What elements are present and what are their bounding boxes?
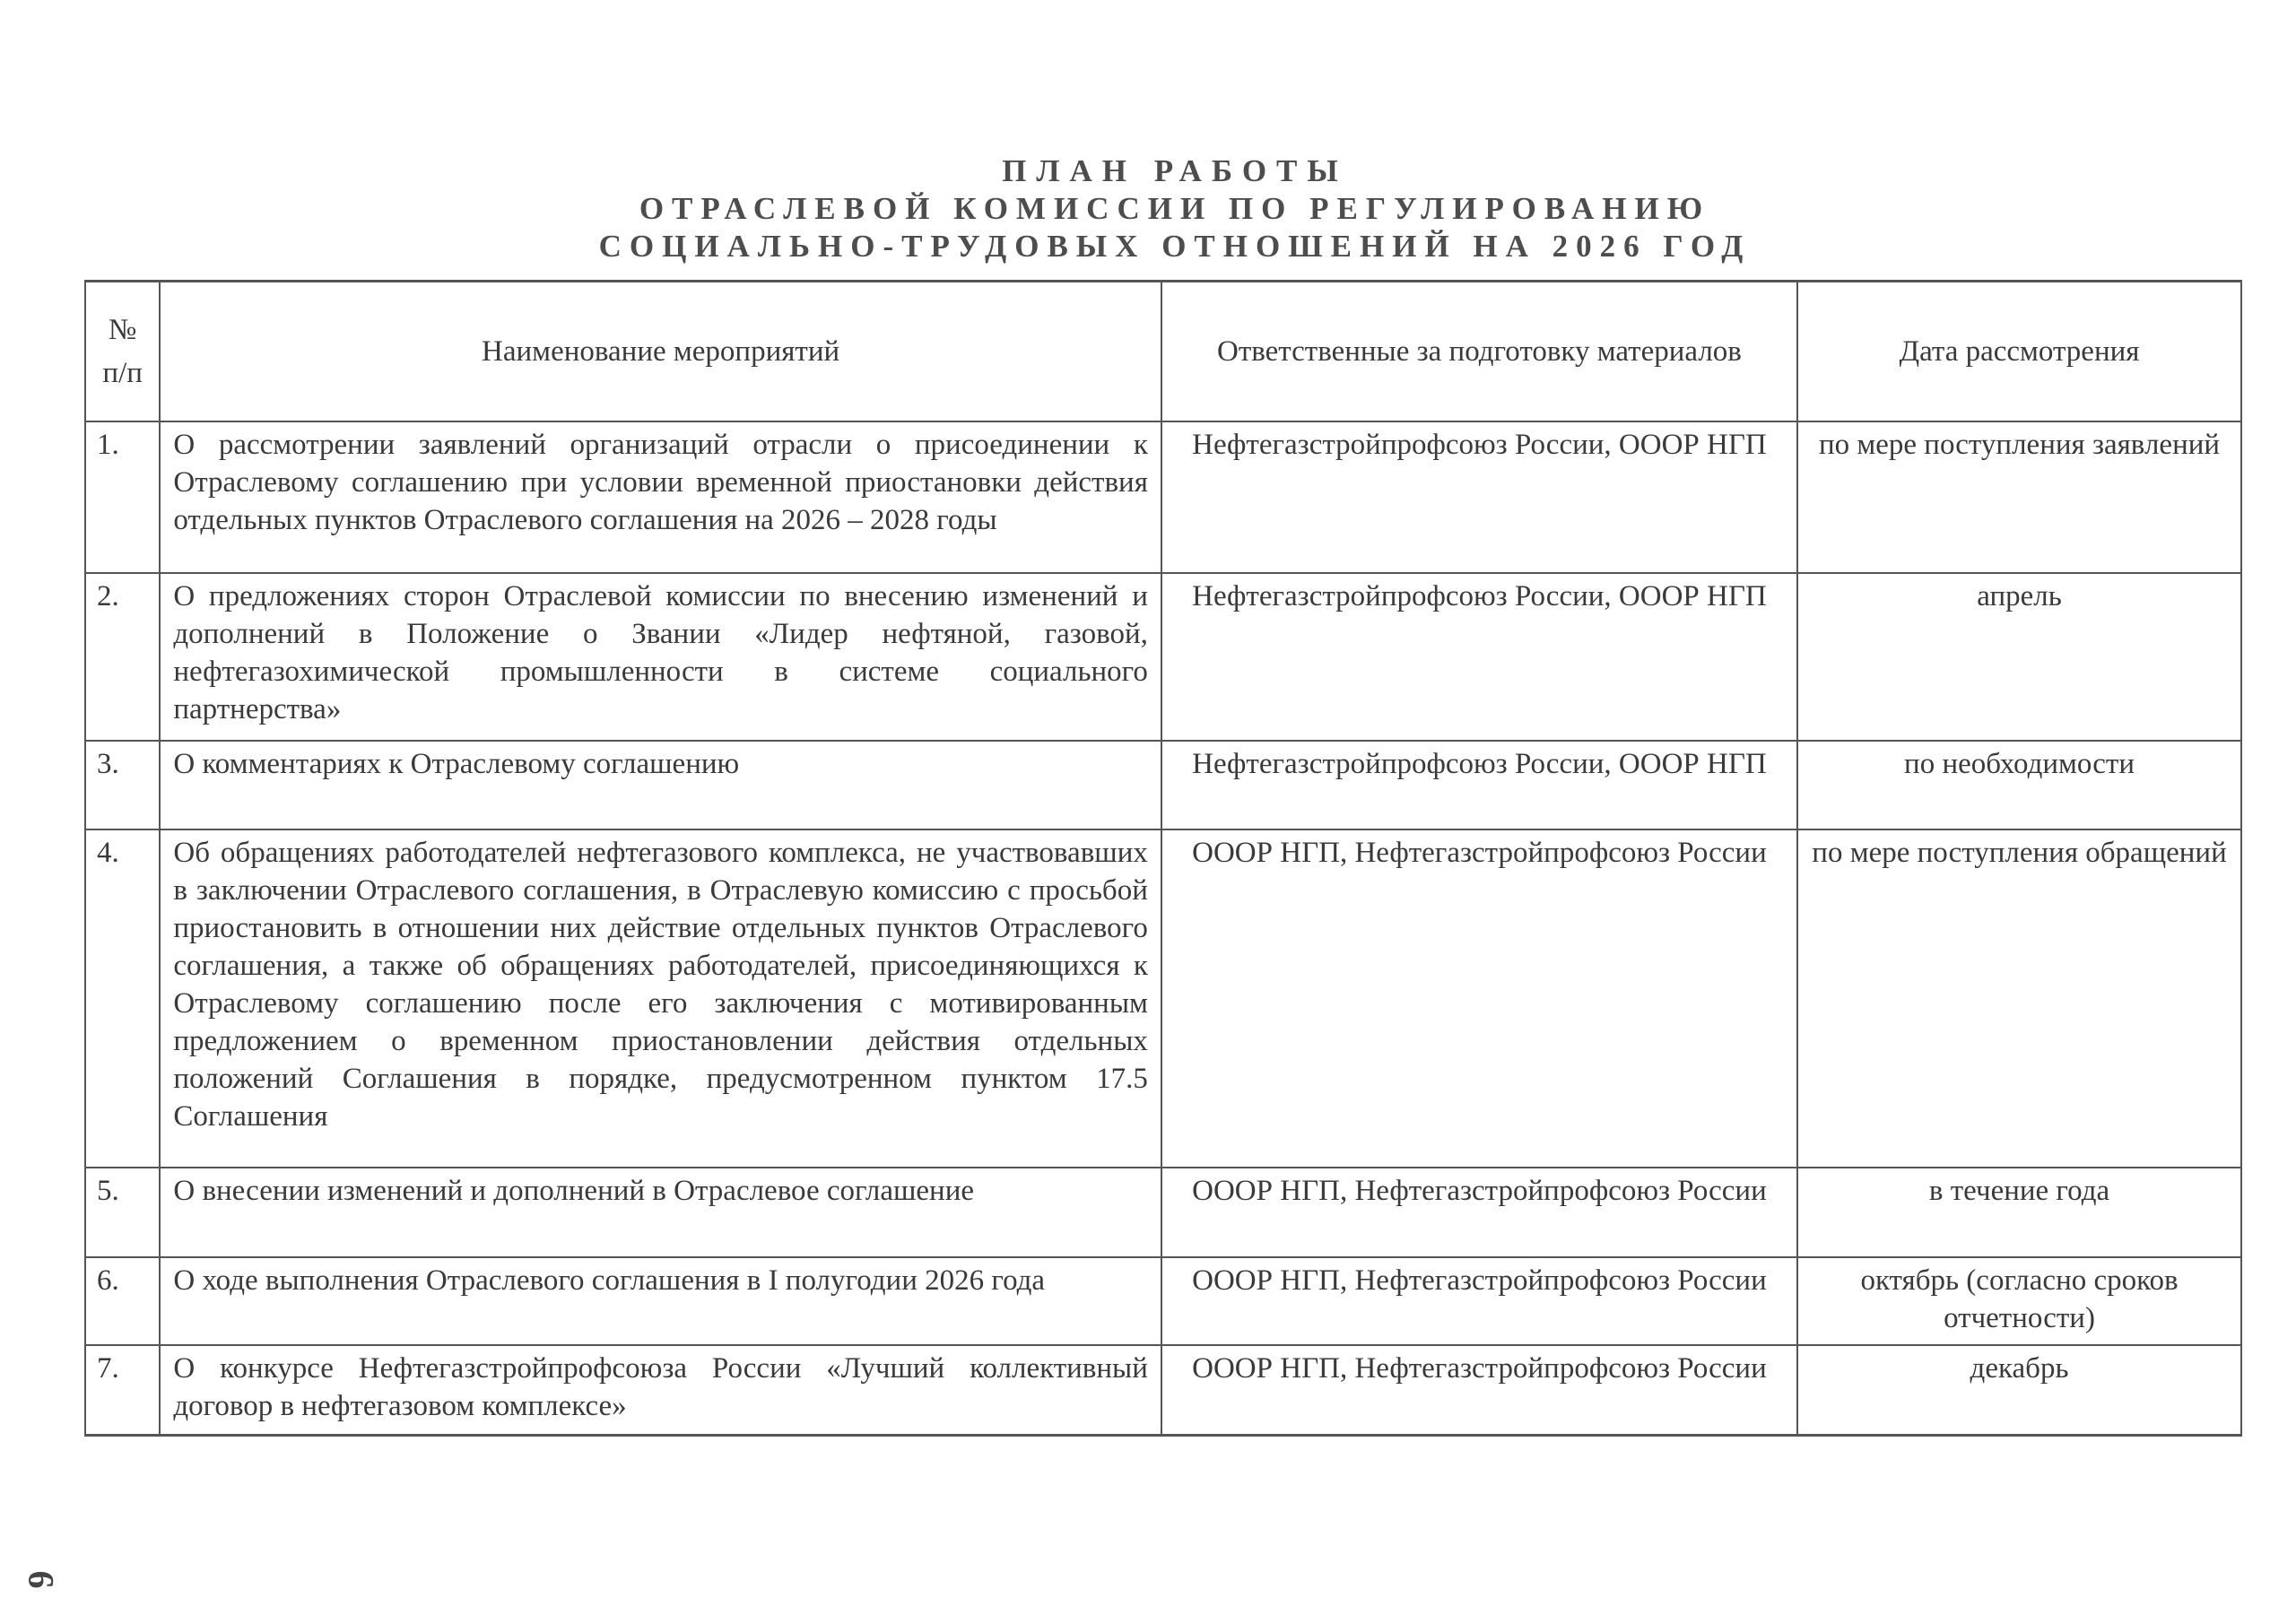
row-responsible: Нефтегазстройпрофсоюз России, ОООР НГП	[1161, 573, 1797, 741]
row-responsible: ОООР НГП, Нефтегазстройпрофсоюз России	[1161, 1168, 1797, 1257]
row-event-name: О рассмотрении заявлений организаций отр…	[160, 421, 1161, 573]
row-responsible: ОООР НГП, Нефтегазстройпрофсоюз России	[1161, 1257, 1797, 1345]
row-responsible: ОООР НГП, Нефтегазстройпрофсоюз России	[1161, 1345, 1797, 1435]
row-number: 5.	[85, 1168, 160, 1257]
row-event-name: О конкурсе Нефтегазстройпрофсоюза России…	[160, 1345, 1161, 1435]
document-title-line-1: ПЛАН РАБОТЫ	[0, 152, 2296, 190]
row-number: 4.	[85, 829, 160, 1168]
row-review-date: по мере поступления обращений	[1797, 829, 2241, 1168]
row-number: 3.	[85, 741, 160, 829]
table-row: 2. О предложениях сторон Отраслевой коми…	[85, 573, 2241, 741]
row-event-name: О предложениях сторон Отраслевой комисси…	[160, 573, 1161, 741]
row-number: 7.	[85, 1345, 160, 1435]
table-row: 3. О комментариях к Отраслевому соглашен…	[85, 741, 2241, 829]
row-review-date: октябрь (согласно сроков отчетности)	[1797, 1257, 2241, 1345]
row-review-date: апрель	[1797, 573, 2241, 741]
header-event-name: Наименование мероприятий	[160, 282, 1161, 422]
table-row: 7. О конкурсе Нефтегазстройпрофсоюза Рос…	[85, 1345, 2241, 1435]
row-number: 2.	[85, 573, 160, 741]
table-header-row: № п/п Наименование мероприятий Ответстве…	[85, 282, 2241, 422]
header-review-date: Дата рассмотрения	[1797, 282, 2241, 422]
header-number-symbol: №	[99, 308, 146, 352]
table-row: 1. О рассмотрении заявлений организаций …	[85, 421, 2241, 573]
row-number: 1.	[85, 421, 160, 573]
work-plan-table: № п/п Наименование мероприятий Ответстве…	[84, 280, 2242, 1437]
document-title-line-3: СОЦИАЛЬНО-ТРУДОВЫХ ОТНОШЕНИЙ НА 2026 ГОД	[0, 228, 2296, 265]
row-review-date: декабрь	[1797, 1345, 2241, 1435]
table-row: 6. О ходе выполнения Отраслевого соглаше…	[85, 1257, 2241, 1345]
row-responsible: ОООР НГП, Нефтегазстройпрофсоюз России	[1161, 829, 1797, 1168]
row-event-name: Об обращениях работодателей нефтегазовог…	[160, 829, 1161, 1168]
row-responsible: Нефтегазстройпрофсоюз России, ОООР НГП	[1161, 741, 1797, 829]
row-event-name: О ходе выполнения Отраслевого соглашения…	[160, 1257, 1161, 1345]
table-row: 4. Об обращениях работодателей нефтегазо…	[85, 829, 2241, 1168]
header-responsible: Ответственные за подготовку материалов	[1161, 282, 1797, 422]
row-review-date: по необходимости	[1797, 741, 2241, 829]
row-responsible: Нефтегазстройпрофсоюз России, ОООР НГП	[1161, 421, 1797, 573]
row-event-name: О комментариях к Отраслевому соглашению	[160, 741, 1161, 829]
header-number: № п/п	[85, 282, 160, 422]
header-number-abbrev: п/п	[99, 352, 146, 395]
row-number: 6.	[85, 1257, 160, 1345]
row-event-name: О внесении изменений и дополнений в Отра…	[160, 1168, 1161, 1257]
row-review-date: по мере поступления заявлений	[1797, 421, 2241, 573]
document-title-line-2: ОТРАСЛЕВОЙ КОМИССИИ ПО РЕГУЛИРОВАНИЮ	[0, 190, 2296, 228]
row-review-date: в течение года	[1797, 1168, 2241, 1257]
table-row: 5. О внесении изменений и дополнений в О…	[85, 1168, 2241, 1257]
page-number: 6	[21, 1571, 63, 1589]
